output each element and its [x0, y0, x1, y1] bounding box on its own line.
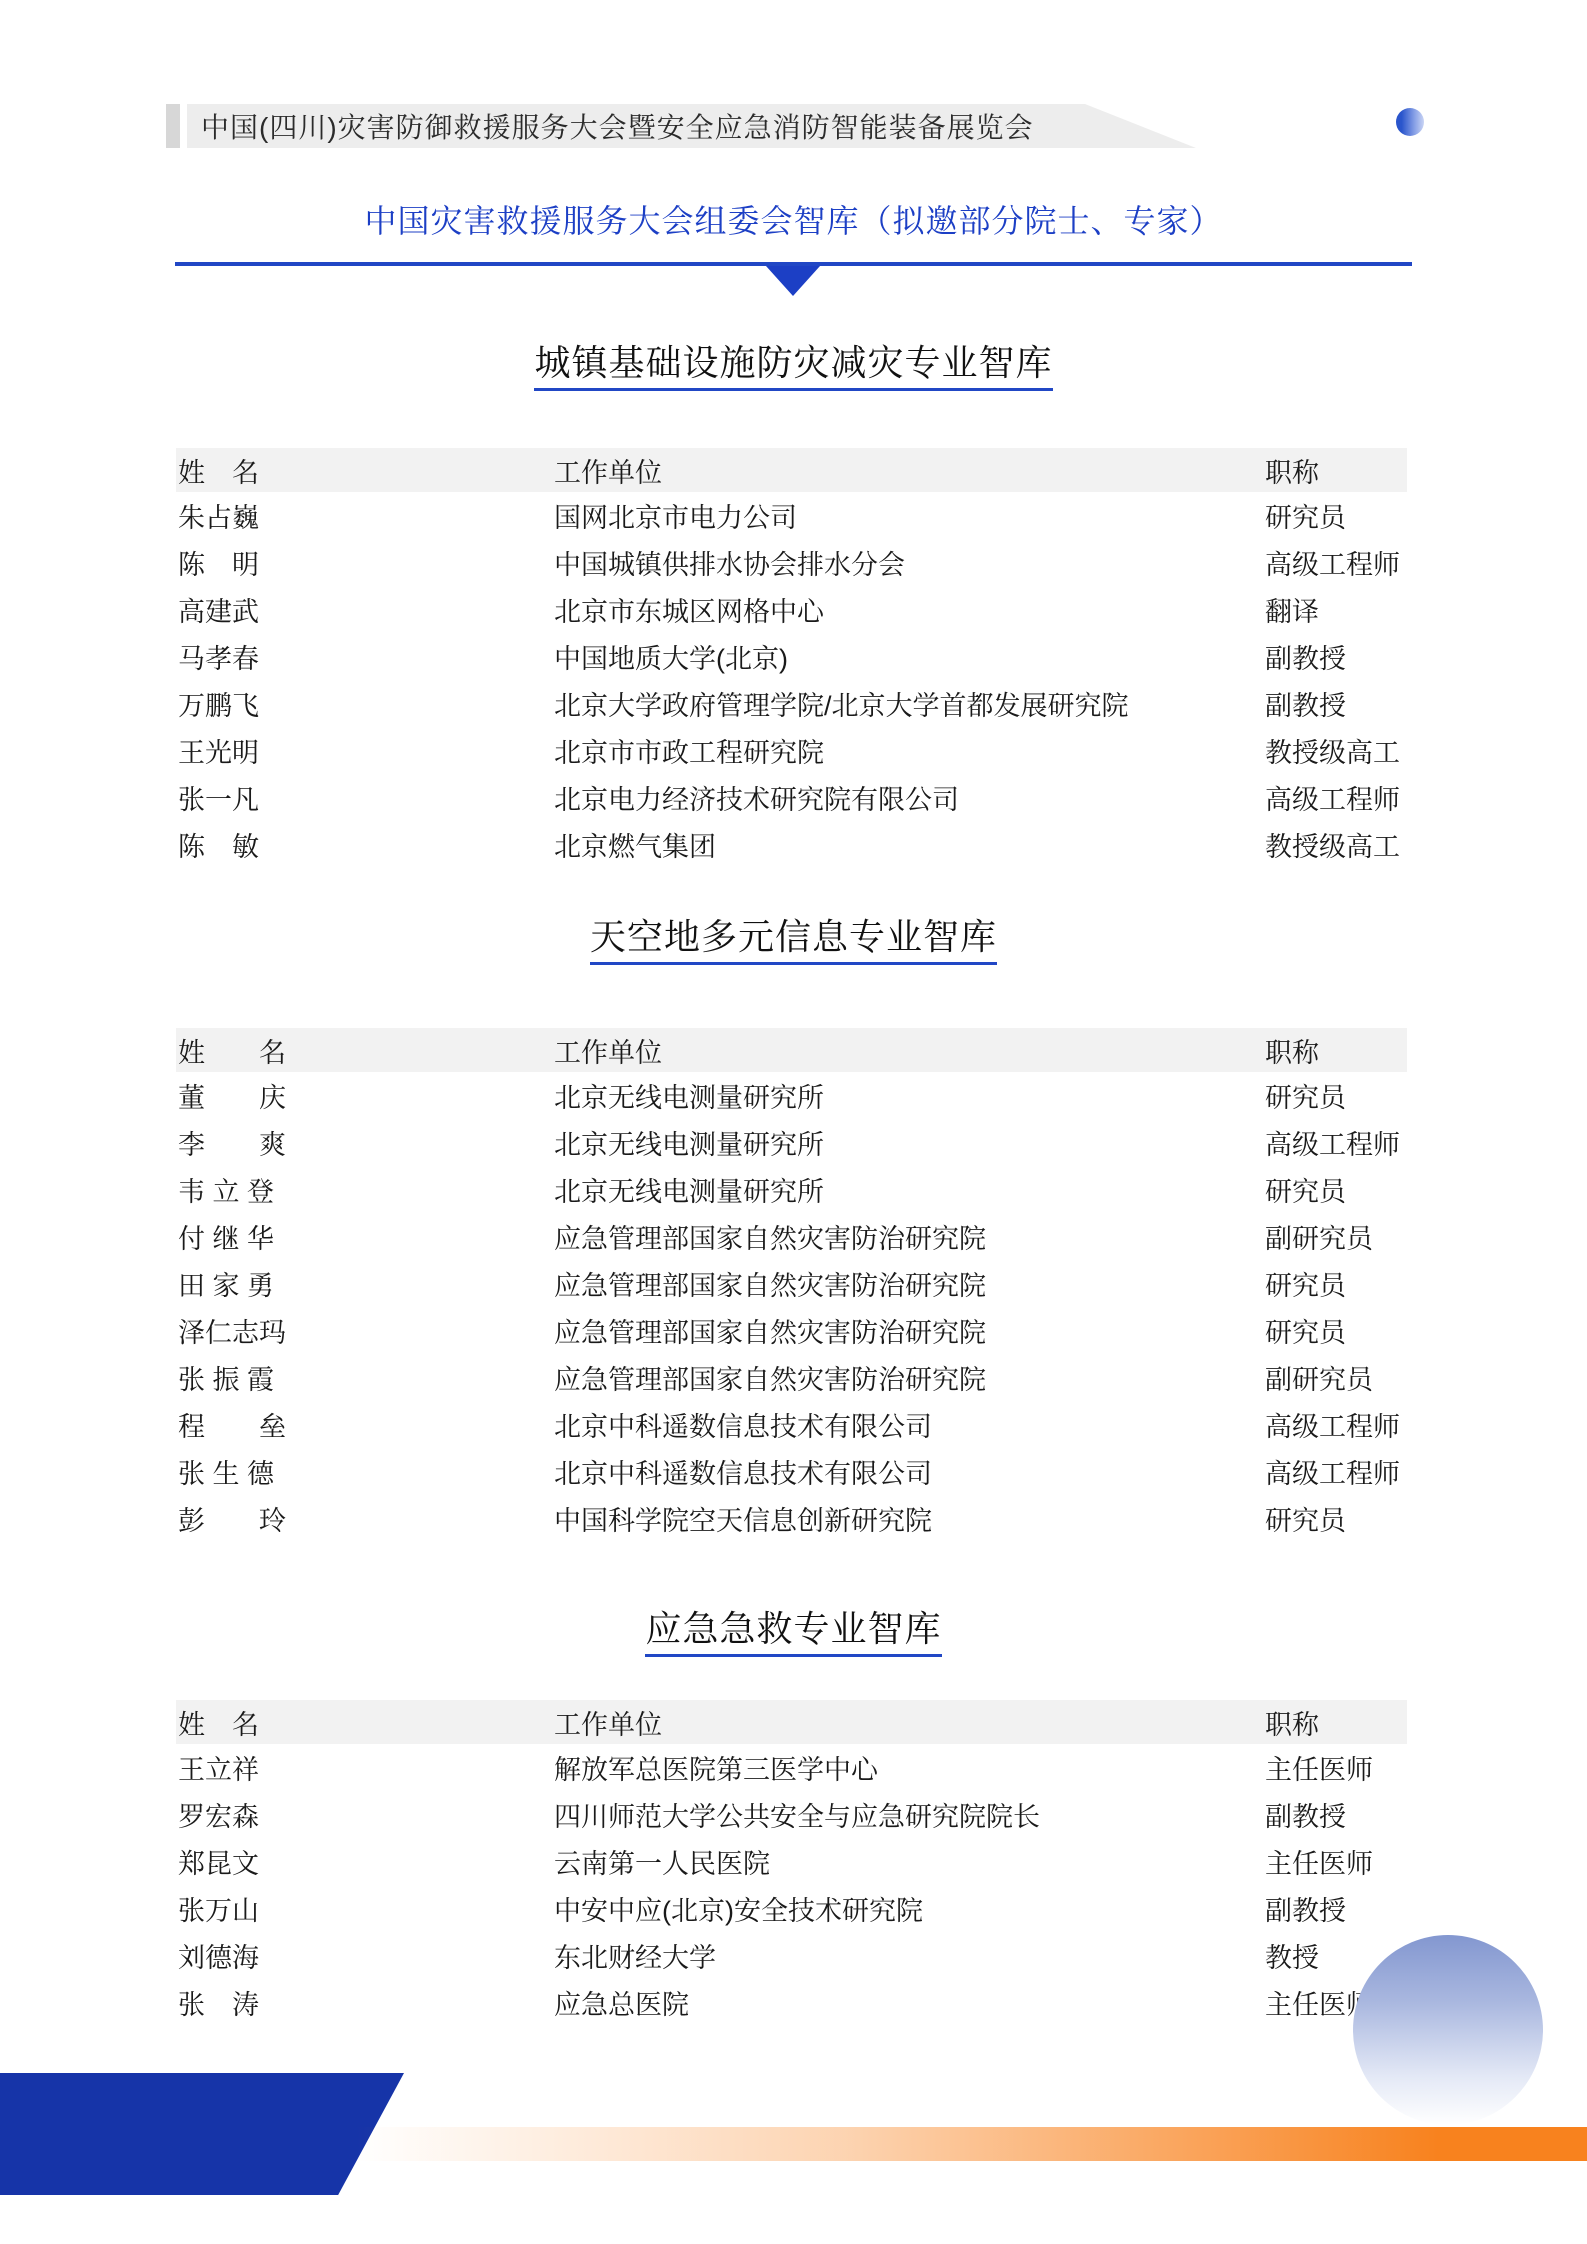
section-urban-infrastructure: 城镇基础设施防灾减灾专业智库 姓 名 工作单位 职称 朱占巍国网北京市电力公司研…: [0, 342, 1587, 868]
cell-name: 陈 明: [176, 543, 552, 582]
expert-table: 姓 名 工作单位 职称 董 庆北京无线电测量研究所研究员李 爽北京无线电测量研究…: [176, 1028, 1407, 1542]
section-emergency-rescue: 应急急救专业智库 姓 名 工作单位 职称 王立祥解放军总医院第三医学中心主任医师…: [0, 1608, 1587, 2026]
column-header-title: 职称: [1263, 1703, 1407, 1742]
page-title: 中国灾害救援服务大会组委会智库（拟邀部分院士、专家）: [0, 196, 1587, 242]
column-header-name: 姓 名: [176, 1031, 552, 1070]
cell-name: 泽仁志玛: [176, 1311, 552, 1350]
column-header-unit: 工作单位: [552, 451, 1263, 490]
column-header-title: 职称: [1263, 451, 1407, 490]
cell-name: 刘德海: [176, 1936, 552, 1975]
table-row: 陈 敏北京燃气集团教授级高工: [176, 821, 1407, 868]
cell-title: 主任医师: [1263, 1842, 1407, 1881]
table-row: 陈 明中国城镇供排水协会排水分会高级工程师: [176, 539, 1407, 586]
section-title: 应急急救专业智库: [645, 1608, 941, 1657]
cell-title: 副教授: [1263, 637, 1407, 676]
cell-name: 彭 玲: [176, 1499, 552, 1538]
cell-unit: 北京无线电测量研究所: [552, 1076, 1263, 1115]
table-row: 张 振 霞应急管理部国家自然灾害防治研究院副研究员: [176, 1354, 1407, 1401]
cell-title: 主任医师: [1263, 1748, 1407, 1787]
decorative-gradient-circle: [1353, 1935, 1543, 2125]
table-row: 泽仁志玛应急管理部国家自然灾害防治研究院研究员: [176, 1307, 1407, 1354]
cell-name: 万鹏飞: [176, 684, 552, 723]
table-body: 王立祥解放军总医院第三医学中心主任医师罗宏森四川师范大学公共安全与应急研究院院长…: [176, 1744, 1407, 2026]
cell-unit: 东北财经大学: [552, 1936, 1263, 1975]
table-row: 万鹏飞北京大学政府管理学院/北京大学首都发展研究院副教授: [176, 680, 1407, 727]
chevron-down-icon: [766, 266, 820, 296]
table-row: 王立祥解放军总医院第三医学中心主任医师: [176, 1744, 1407, 1791]
cell-title: 翻译: [1263, 590, 1407, 629]
table-row: 彭 玲中国科学院空天信息创新研究院研究员: [176, 1495, 1407, 1542]
table-header-row: 姓 名 工作单位 职称: [176, 448, 1407, 492]
cell-unit: 北京电力经济技术研究院有限公司: [552, 778, 1263, 817]
cell-title: 副研究员: [1263, 1217, 1407, 1256]
cell-name: 高建武: [176, 590, 552, 629]
cell-name: 张 生 德: [176, 1452, 552, 1491]
cell-name: 张万山: [176, 1889, 552, 1928]
cell-name: 董 庆: [176, 1076, 552, 1115]
table-row: 马孝春中国地质大学(北京)副教授: [176, 633, 1407, 680]
cell-unit: 应急管理部国家自然灾害防治研究院: [552, 1264, 1263, 1303]
column-header-name: 姓 名: [176, 1703, 552, 1742]
cell-name: 李 爽: [176, 1123, 552, 1162]
cell-unit: 应急管理部国家自然灾害防治研究院: [552, 1217, 1263, 1256]
cell-unit: 北京市市政工程研究院: [552, 731, 1263, 770]
cell-name: 王立祥: [176, 1748, 552, 1787]
cell-title: 研究员: [1263, 1311, 1407, 1350]
column-header-unit: 工作单位: [552, 1031, 1263, 1070]
cell-unit: 中国城镇供排水协会排水分会: [552, 543, 1263, 582]
cell-name: 王光明: [176, 731, 552, 770]
table-row: 李 爽北京无线电测量研究所高级工程师: [176, 1119, 1407, 1166]
cell-unit: 四川师范大学公共安全与应急研究院院长: [552, 1795, 1263, 1834]
cell-name: 张一凡: [176, 778, 552, 817]
cell-unit: 解放军总医院第三医学中心: [552, 1748, 1263, 1787]
cell-unit: 中国科学院空天信息创新研究院: [552, 1499, 1263, 1538]
cell-unit: 北京市东城区网格中心: [552, 590, 1263, 629]
table-row: 罗宏森四川师范大学公共安全与应急研究院院长副教授: [176, 1791, 1407, 1838]
cell-title: 高级工程师: [1263, 1452, 1407, 1491]
section-title: 天空地多元信息专业智库: [590, 916, 997, 965]
cell-unit: 应急管理部国家自然灾害防治研究院: [552, 1358, 1263, 1397]
cell-title: 副教授: [1263, 1795, 1407, 1834]
cell-title: 教授级高工: [1263, 731, 1407, 770]
cell-unit: 北京无线电测量研究所: [552, 1123, 1263, 1162]
event-banner-text: 中国(四川)灾害防御救援服务大会暨安全应急消防智能装备展览会: [187, 106, 1034, 146]
cell-unit: 北京无线电测量研究所: [552, 1170, 1263, 1209]
cell-title: 高级工程师: [1263, 1405, 1407, 1444]
table-header-row: 姓 名 工作单位 职称: [176, 1028, 1407, 1072]
cell-name: 张 振 霞: [176, 1358, 552, 1397]
cell-title: 副研究员: [1263, 1358, 1407, 1397]
table-row: 张 生 德北京中科遥数信息技术有限公司高级工程师: [176, 1448, 1407, 1495]
table-row: 张 涛应急总医院主任医师: [176, 1979, 1407, 2026]
cell-unit: 北京燃气集团: [552, 825, 1263, 864]
table-row: 郑昆文云南第一人民医院主任医师: [176, 1838, 1407, 1885]
cell-name: 朱占巍: [176, 496, 552, 535]
decorative-orange-gradient-bar: [355, 2127, 1587, 2161]
cell-name: 程 垒: [176, 1405, 552, 1444]
table-row: 王光明北京市市政工程研究院教授级高工: [176, 727, 1407, 774]
table-row: 刘德海东北财经大学教授: [176, 1932, 1407, 1979]
cell-title: 研究员: [1263, 1170, 1407, 1209]
cell-name: 付 继 华: [176, 1217, 552, 1256]
cell-title: 研究员: [1263, 496, 1407, 535]
decorative-blue-parallelogram: [0, 2073, 404, 2195]
cell-name: 田 家 勇: [176, 1264, 552, 1303]
section-multisource-information: 天空地多元信息专业智库 姓 名 工作单位 职称 董 庆北京无线电测量研究所研究员…: [0, 916, 1587, 1542]
table-body: 朱占巍国网北京市电力公司研究员陈 明中国城镇供排水协会排水分会高级工程师高建武北…: [176, 492, 1407, 868]
event-banner: 中国(四川)灾害防御救援服务大会暨安全应急消防智能装备展览会: [187, 104, 1196, 148]
cell-name: 罗宏森: [176, 1795, 552, 1834]
expert-table: 姓 名 工作单位 职称 王立祥解放军总医院第三医学中心主任医师罗宏森四川师范大学…: [176, 1700, 1407, 2026]
cell-unit: 国网北京市电力公司: [552, 496, 1263, 535]
column-header-unit: 工作单位: [552, 1703, 1263, 1742]
decorative-dot-icon: [1396, 108, 1424, 136]
cell-unit: 中安中应(北京)安全技术研究院: [552, 1889, 1263, 1928]
cell-title: 副教授: [1263, 684, 1407, 723]
cell-unit: 北京大学政府管理学院/北京大学首都发展研究院: [552, 684, 1263, 723]
cell-title: 副教授: [1263, 1889, 1407, 1928]
cell-unit: 应急总医院: [552, 1983, 1263, 2022]
table-row: 张一凡北京电力经济技术研究院有限公司高级工程师: [176, 774, 1407, 821]
column-header-title: 职称: [1263, 1031, 1407, 1070]
cell-title: 研究员: [1263, 1076, 1407, 1115]
cell-unit: 中国地质大学(北京): [552, 637, 1263, 676]
cell-name: 张 涛: [176, 1983, 552, 2022]
cell-unit: 北京中科遥数信息技术有限公司: [552, 1452, 1263, 1491]
table-row: 田 家 勇应急管理部国家自然灾害防治研究院研究员: [176, 1260, 1407, 1307]
table-row: 董 庆北京无线电测量研究所研究员: [176, 1072, 1407, 1119]
cell-name: 韦 立 登: [176, 1170, 552, 1209]
cell-title: 教授级高工: [1263, 825, 1407, 864]
table-row: 付 继 华应急管理部国家自然灾害防治研究院副研究员: [176, 1213, 1407, 1260]
expert-table: 姓 名 工作单位 职称 朱占巍国网北京市电力公司研究员陈 明中国城镇供排水协会排…: [176, 448, 1407, 868]
table-row: 韦 立 登北京无线电测量研究所研究员: [176, 1166, 1407, 1213]
table-row: 张万山中安中应(北京)安全技术研究院副教授: [176, 1885, 1407, 1932]
cell-unit: 云南第一人民医院: [552, 1842, 1263, 1881]
column-header-name: 姓 名: [176, 451, 552, 490]
cell-name: 陈 敏: [176, 825, 552, 864]
cell-title: 高级工程师: [1263, 543, 1407, 582]
table-row: 朱占巍国网北京市电力公司研究员: [176, 492, 1407, 539]
section-title: 城镇基础设施防灾减灾专业智库: [534, 342, 1052, 391]
cell-title: 高级工程师: [1263, 1123, 1407, 1162]
cell-name: 郑昆文: [176, 1842, 552, 1881]
table-row: 高建武北京市东城区网格中心翻译: [176, 586, 1407, 633]
table-body: 董 庆北京无线电测量研究所研究员李 爽北京无线电测量研究所高级工程师韦 立 登北…: [176, 1072, 1407, 1542]
document-page: 中国(四川)灾害防御救援服务大会暨安全应急消防智能装备展览会 中国灾害救援服务大…: [0, 0, 1587, 2244]
table-header-row: 姓 名 工作单位 职称: [176, 1700, 1407, 1744]
table-row: 程 垒北京中科遥数信息技术有限公司高级工程师: [176, 1401, 1407, 1448]
banner-accent-bar: [166, 104, 180, 148]
cell-unit: 应急管理部国家自然灾害防治研究院: [552, 1311, 1263, 1350]
cell-title: 研究员: [1263, 1499, 1407, 1538]
cell-title: 研究员: [1263, 1264, 1407, 1303]
cell-title: 高级工程师: [1263, 778, 1407, 817]
cell-name: 马孝春: [176, 637, 552, 676]
cell-unit: 北京中科遥数信息技术有限公司: [552, 1405, 1263, 1444]
